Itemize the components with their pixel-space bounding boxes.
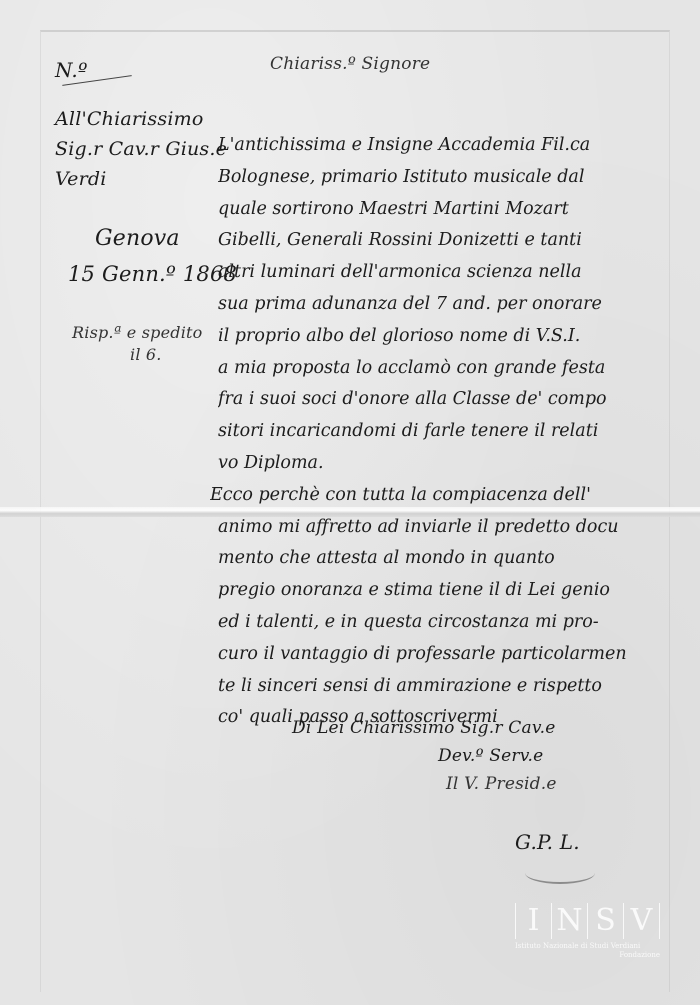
body-line: il proprio albo del glorioso nome di V.S… bbox=[218, 321, 668, 353]
body-line: vo Diploma. bbox=[218, 448, 668, 480]
body-line: ed i talenti, e in questa circostanza mi… bbox=[218, 607, 668, 639]
closing-line: Di Lei Chiarissimo Sig.r Cav.e bbox=[292, 718, 556, 738]
watermark-logo: I N S V bbox=[515, 903, 660, 939]
watermark-subtitle: Fondazione bbox=[515, 951, 660, 960]
body-line: L'antichissima e Insigne Accademia Fil.c… bbox=[218, 130, 668, 162]
salutation: Chiariss.º Signore bbox=[270, 54, 430, 74]
body-line: curo il vantaggio di professarle partico… bbox=[218, 639, 668, 671]
body-line: Ecco perchè con tutta la compiacenza del… bbox=[210, 480, 668, 512]
letter-date: 15 Genn.º 1868 bbox=[68, 262, 237, 286]
margin-note: Risp.ª e spedito il 6. bbox=[72, 322, 203, 366]
margin-note-line: il 6. bbox=[130, 344, 203, 366]
signature-flourish bbox=[525, 862, 595, 884]
body-line: a mia proposta lo acclamò con grande fes… bbox=[218, 353, 668, 385]
watermark-letter: S bbox=[588, 903, 624, 939]
addressee-block: All'Chiarissimo Sig.r Cav.r Gius.e Verdi bbox=[55, 104, 227, 194]
body-line: Gibelli, Generali Rossini Donizetti e ta… bbox=[218, 225, 668, 257]
addressee-line: Verdi bbox=[55, 164, 227, 194]
body-line: Bolognese, primario Istituto musicale da… bbox=[218, 162, 668, 194]
body-line: quale sortirono Maestri Martini Mozart bbox=[218, 194, 668, 226]
watermark-institution-name: Istituto Nazionale di Studi Verdiani bbox=[515, 942, 660, 951]
letter-place: Genova bbox=[95, 226, 180, 251]
body-line: altri luminari dell'armonica scienza nel… bbox=[218, 257, 668, 289]
signature-line: Dev.º Serv.e bbox=[438, 746, 543, 766]
body-line: mento che attesta al mondo in quanto bbox=[218, 543, 668, 575]
body-line: animo mi affretto ad inviarle il predett… bbox=[218, 512, 668, 544]
body-line: te li sinceri sensi di ammirazione e ris… bbox=[218, 671, 668, 703]
addressee-line: Sig.r Cav.r Gius.e bbox=[55, 134, 227, 164]
protocol-mark: N.º bbox=[55, 58, 88, 82]
signature-initials: G.P. L. bbox=[515, 830, 580, 854]
document-page: N.º Chiariss.º Signore All'Chiarissimo S… bbox=[0, 0, 700, 1005]
body-line: sitori incaricandomi di farle tenere il … bbox=[218, 416, 668, 448]
addressee-line: All'Chiarissimo bbox=[55, 104, 227, 134]
signature-title: Il V. Presid.e bbox=[446, 774, 557, 794]
watermark-letter: I bbox=[516, 903, 552, 939]
insv-watermark: I N S V Istituto Nazionale di Studi Verd… bbox=[515, 903, 660, 960]
watermark-letter: V bbox=[624, 903, 660, 939]
body-line: sua prima adunanza del 7 and. per onorar… bbox=[218, 289, 668, 321]
margin-note-line: Risp.ª e spedito bbox=[72, 322, 203, 344]
body-line: fra i suoi soci d'onore alla Classe de' … bbox=[218, 384, 668, 416]
watermark-letter: N bbox=[552, 903, 588, 939]
letter-body: L'antichissima e Insigne Accademia Fil.c… bbox=[218, 130, 668, 734]
body-line: pregio onoranza e stima tiene il di Lei … bbox=[218, 575, 668, 607]
